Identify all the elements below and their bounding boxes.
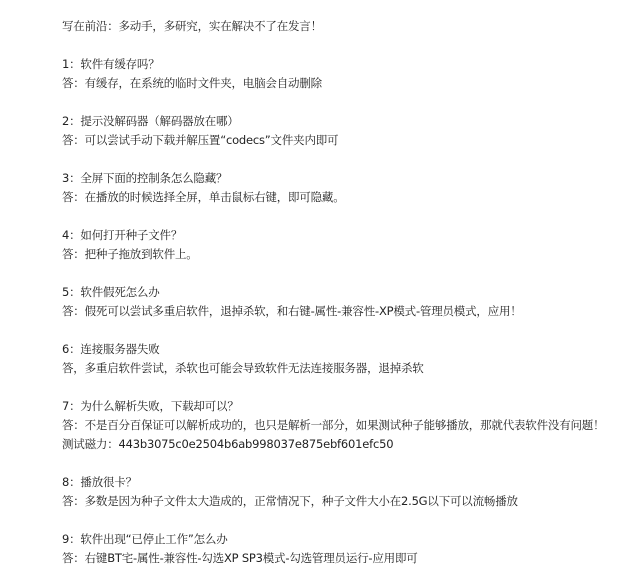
spacer [62,378,622,397]
spacer [62,264,622,283]
faq-item-2: 2：提示没解码器（解码器放在哪） 答：可以尝试手动下载并解压置“codecs”文… [62,112,622,150]
faq-answer: 答：假死可以尝试多重启软件，退掉杀软，和右键-属性-兼容性-XP模式-管理员模式… [62,302,622,321]
faq-question: 4：如何打开种子文件？ [62,226,622,245]
faq-question: 9：软件出现“已停止工作”怎么办 [62,530,622,549]
faq-item-8: 8：播放很卡？ 答：多数是因为种子文件太大造成的，正常情况下，种子文件大小在2.… [62,473,622,511]
faq-item-6: 6：连接服务器失败 答，多重启软件尝试，杀软也可能会导致软件无法连接服务器，退掉… [62,340,622,378]
faq-question: 6：连接服务器失败 [62,340,622,359]
test-magnet-hash: 测试磁力：443b3075c0e2504b6ab998037e875ebf601… [62,435,622,454]
faq-answer: 答：不是百分百保证可以解析成功的，也只是解析一部分，如果测试种子能够播放，那就代… [62,416,622,435]
faq-question: 2：提示没解码器（解码器放在哪） [62,112,622,131]
faq-item-1: 1：软件有缓存吗？ 答：有缓存，在系统的临时文件夹，电脑会自动删除 [62,55,622,93]
faq-question: 1：软件有缓存吗？ [62,55,622,74]
intro-text: 写在前沿：多动手，多研究，实在解决不了在发言！ [62,17,622,36]
spacer [62,454,622,473]
faq-answer: 答：有缓存，在系统的临时文件夹，电脑会自动删除 [62,74,622,93]
faq-answer: 答：多数是因为种子文件太大造成的，正常情况下，种子文件大小在2.5G以下可以流畅… [62,492,622,511]
faq-answer: 答：在播放的时候选择全屏，单击鼠标右键，即可隐藏。 [62,188,622,207]
faq-item-5: 5：软件假死怎么办 答：假死可以尝试多重启软件，退掉杀软，和右键-属性-兼容性-… [62,283,622,321]
spacer [62,150,622,169]
faq-answer: 答：把种子拖放到软件上。 [62,245,622,264]
spacer [62,93,622,112]
faq-item-9: 9：软件出现“已停止工作”怎么办 答：右键BT宅-属性-兼容性-勾选XP SP3… [62,530,622,568]
spacer [62,36,622,55]
faq-question: 8：播放很卡？ [62,473,622,492]
spacer [62,207,622,226]
faq-question: 3：全屏下面的控制条怎么隐藏？ [62,169,622,188]
faq-item-3: 3：全屏下面的控制条怎么隐藏？ 答：在播放的时候选择全屏，单击鼠标右键，即可隐藏… [62,169,622,207]
faq-item-4: 4：如何打开种子文件？ 答：把种子拖放到软件上。 [62,226,622,264]
faq-question: 5：软件假死怎么办 [62,283,622,302]
faq-document: 写在前沿：多动手，多研究，实在解决不了在发言！ 1：软件有缓存吗？ 答：有缓存，… [62,17,622,568]
faq-answer: 答：右键BT宅-属性-兼容性-勾选XP SP3模式-勾选管理员运行-应用即可 [62,549,622,568]
faq-answer: 答，多重启软件尝试，杀软也可能会导致软件无法连接服务器，退掉杀软 [62,359,622,378]
faq-answer: 答：可以尝试手动下载并解压置“codecs”文件夹内即可 [62,131,622,150]
faq-item-7: 7：为什么解析失败，下载却可以？ 答：不是百分百保证可以解析成功的，也只是解析一… [62,397,622,454]
spacer [62,321,622,340]
faq-question: 7：为什么解析失败，下载却可以？ [62,397,622,416]
spacer [62,511,622,530]
